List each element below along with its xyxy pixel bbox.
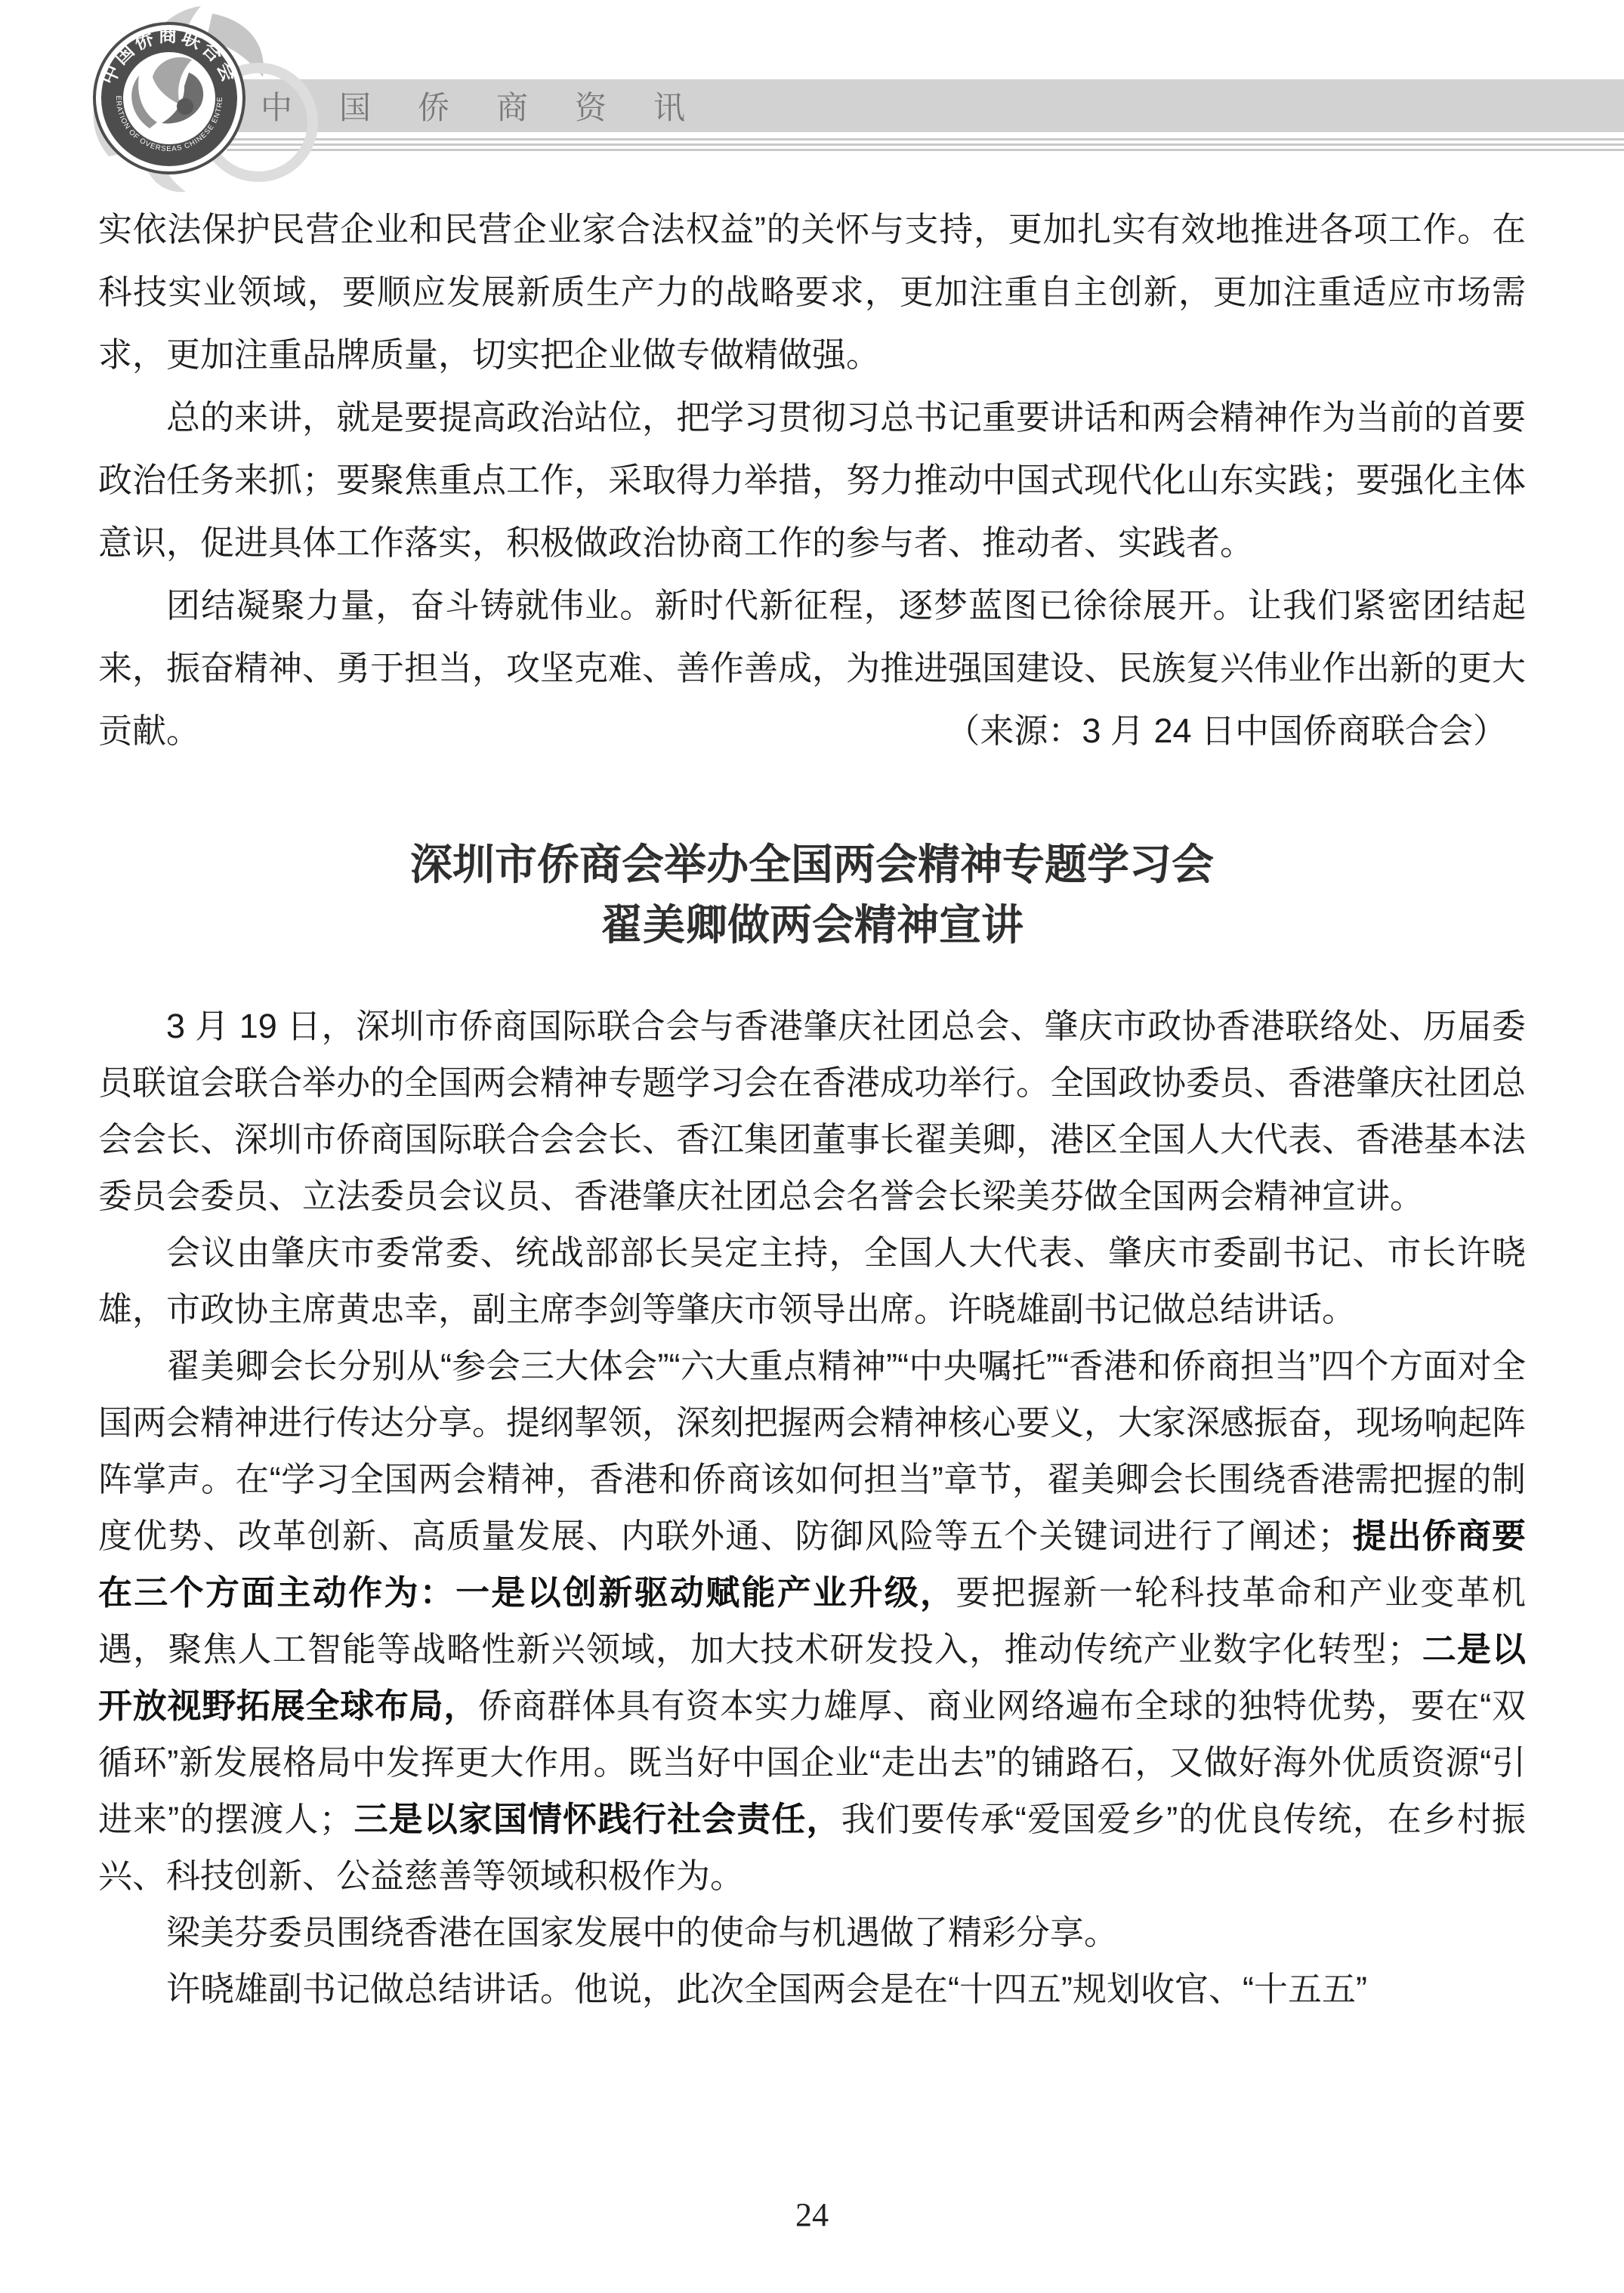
article-paragraph-4: 梁美芬委员围绕香港在国家发展中的使命与机遇做了精彩分享。 xyxy=(98,1904,1526,1961)
article-p3-run: 翟美卿会长分别从“参会三大体会”“六大重点精神”“中央嘱托”“香港和侨商担当”四… xyxy=(98,1347,1526,1555)
article-title: 深圳市侨商会举办全国两会精神专题学习会 翟美卿做两会精神宣讲 xyxy=(98,835,1526,955)
article-paragraph-3: 翟美卿会长分别从“参会三大体会”“六大重点精神”“中央嘱托”“香港和侨商担当”四… xyxy=(98,1338,1526,1904)
federation-logo-icon: 中国侨商联合会 CHINA FEDERATION OF OVERSEAS CHI… xyxy=(35,2,337,194)
logo-emblem-dot xyxy=(177,98,193,115)
lead-paragraph-2: 总的来讲，就是要提高政治站位，把学习贯彻习总书记重要讲话和两会精神作为当前的首要… xyxy=(98,386,1526,574)
article-paragraph-2: 会议由肇庆市委常委、统战部部长吴定主持，全国人大代表、肇庆市委副书记、市长许晓雄… xyxy=(98,1224,1526,1338)
header-banner: 中国侨商资讯 xyxy=(234,79,1624,132)
article-title-line2: 翟美卿做两会精神宣讲 xyxy=(98,895,1526,955)
document-page: 中国侨商资讯 中国侨商联合会 CHINA FEDERATION OF OVERS… xyxy=(0,0,1624,2293)
article-p3-run-bold: 三是以家国情怀践行社会责任， xyxy=(354,1800,841,1838)
article-paragraph-5: 许晓雄副书记做总结讲话。他说，此次全国两会是在“十四五”规划收官、“十五五” xyxy=(98,1961,1526,2017)
lead-section: 实依法保护民营企业和民营企业家合法权益”的关怀与支持，更加扎实有效地推进各项工作… xyxy=(98,198,1526,762)
page-number: 24 xyxy=(0,2196,1624,2234)
page-content: 实依法保护民营企业和民营企业家合法权益”的关怀与支持，更加扎实有效地推进各项工作… xyxy=(98,198,1526,2017)
source-note: （来源：3 月 24 日中国侨商联合会） xyxy=(946,699,1507,762)
header-divider-stripes xyxy=(227,138,1624,151)
article-paragraph-1: 3 月 19 日，深圳市侨商国际联合会与香港肇庆社团总会、肇庆市政协香港联络处、… xyxy=(98,998,1526,1224)
lead-paragraph-1: 实依法保护民营企业和民营企业家合法权益”的关怀与支持，更加扎实有效地推进各项工作… xyxy=(98,198,1526,386)
lead-paragraph-3-wrap: 团结凝聚力量，奋斗铸就伟业。新时代新征程，逐梦蓝图已徐徐展开。让我们紧密团结起来… xyxy=(98,574,1526,762)
article-title-line1: 深圳市侨商会举办全国两会精神专题学习会 xyxy=(98,835,1526,895)
article-body: 3 月 19 日，深圳市侨商国际联合会与香港肇庆社团总会、肇庆市政协香港联络处、… xyxy=(98,998,1526,2017)
